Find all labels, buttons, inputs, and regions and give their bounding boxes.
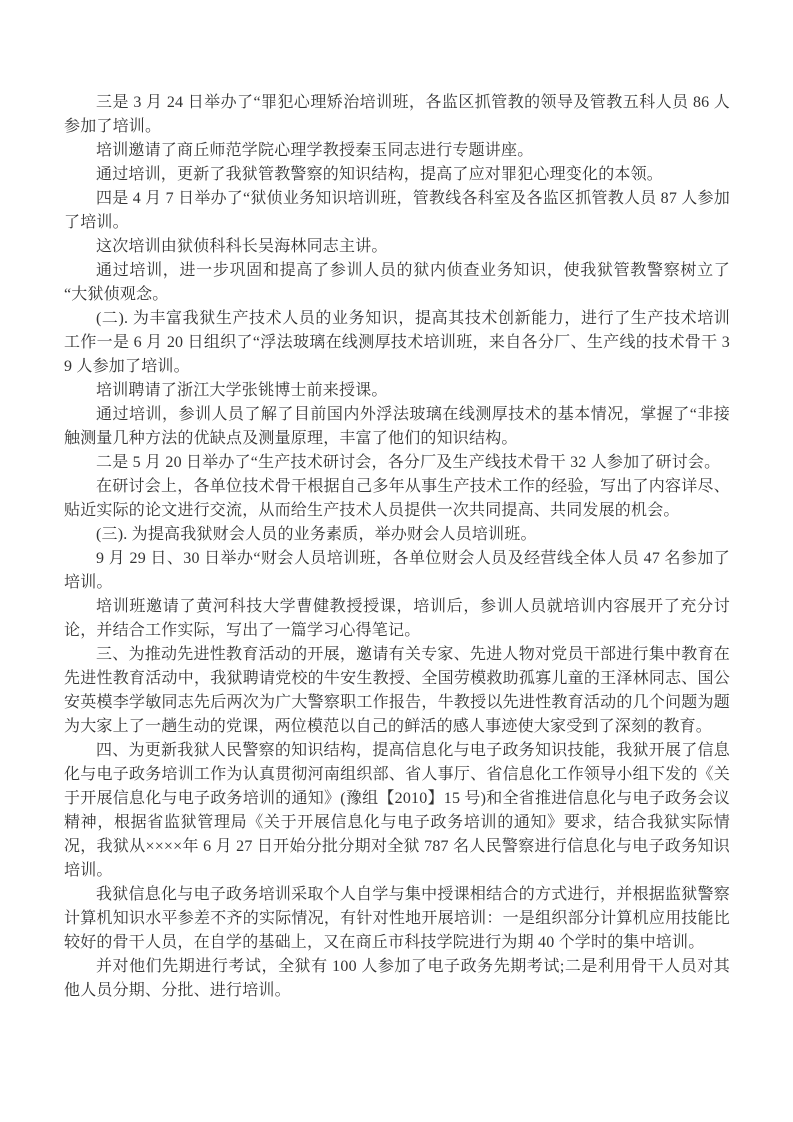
paragraph: 通过培训，更新了我狱管教警察的知识结构，提高了应对罪犯心理变化的本领。 (64, 163, 730, 187)
paragraph: 二是 5 月 20 日举办了“生产技术研讨会，各分厂及生产线技术骨干 32 人参… (64, 451, 730, 475)
paragraph: 四是 4 月 7 日举办了“狱侦业务知识培训班，管教线各科室及各监区抓管教人员 … (64, 187, 730, 235)
paragraph: 在研讨会上，各单位技术骨干根据自己多年从事生产技术工作的经验，写出了内容详尽、贴… (64, 475, 730, 523)
document-page: 三是 3 月 24 日举办了“罪犯心理矫治培训班，各监区抓管教的领导及管教五科人… (0, 0, 793, 1122)
paragraph: 三是 3 月 24 日举办了“罪犯心理矫治培训班，各监区抓管教的领导及管教五科人… (64, 91, 730, 139)
paragraph: 这次培训由狱侦科科长吴海林同志主讲。 (64, 235, 730, 259)
paragraph: 9 月 29 日、30 日举办“财会人员培训班，各单位财会人员及经营线全体人员 … (64, 547, 730, 595)
document-body: 三是 3 月 24 日举办了“罪犯心理矫治培训班，各监区抓管教的领导及管教五科人… (64, 91, 730, 1003)
paragraph: 并对他们先期进行考试，全狱有 100 人参加了电子政务先期考试;二是利用骨干人员… (64, 955, 730, 1003)
paragraph: 我狱信息化与电子政务培训采取个人自学与集中授课相结合的方式进行，并根据监狱警察计… (64, 883, 730, 955)
paragraph: 三、为推动先进性教育活动的开展，邀请有关专家、先进人物对党员干部进行集中教育在先… (64, 643, 730, 739)
paragraph: (三). 为提高我狱财会人员的业务素质，举办财会人员培训班。 (64, 523, 730, 547)
paragraph: 通过培训，进一步巩固和提高了参训人员的狱内侦查业务知识，使我狱管教警察树立了“大… (64, 259, 730, 307)
paragraph: (二). 为丰富我狱生产技术人员的业务知识，提高其技术创新能力，进行了生产技术培… (64, 307, 730, 379)
paragraph: 四、为更新我狱人民警察的知识结构，提高信息化与电子政务知识技能，我狱开展了信息化… (64, 739, 730, 883)
paragraph: 培训班邀请了黄河科技大学曹健教授授课，培训后，参训人员就培训内容展开了充分讨论，… (64, 595, 730, 643)
paragraph: 培训聘请了浙江大学张铫博士前来授课。 (64, 379, 730, 403)
paragraph: 培训邀请了商丘师范学院心理学教授秦玉同志进行专题讲座。 (64, 139, 730, 163)
paragraph: 通过培训，参训人员了解了目前国内外浮法玻璃在线测厚技术的基本情况，掌握了“非接触… (64, 403, 730, 451)
